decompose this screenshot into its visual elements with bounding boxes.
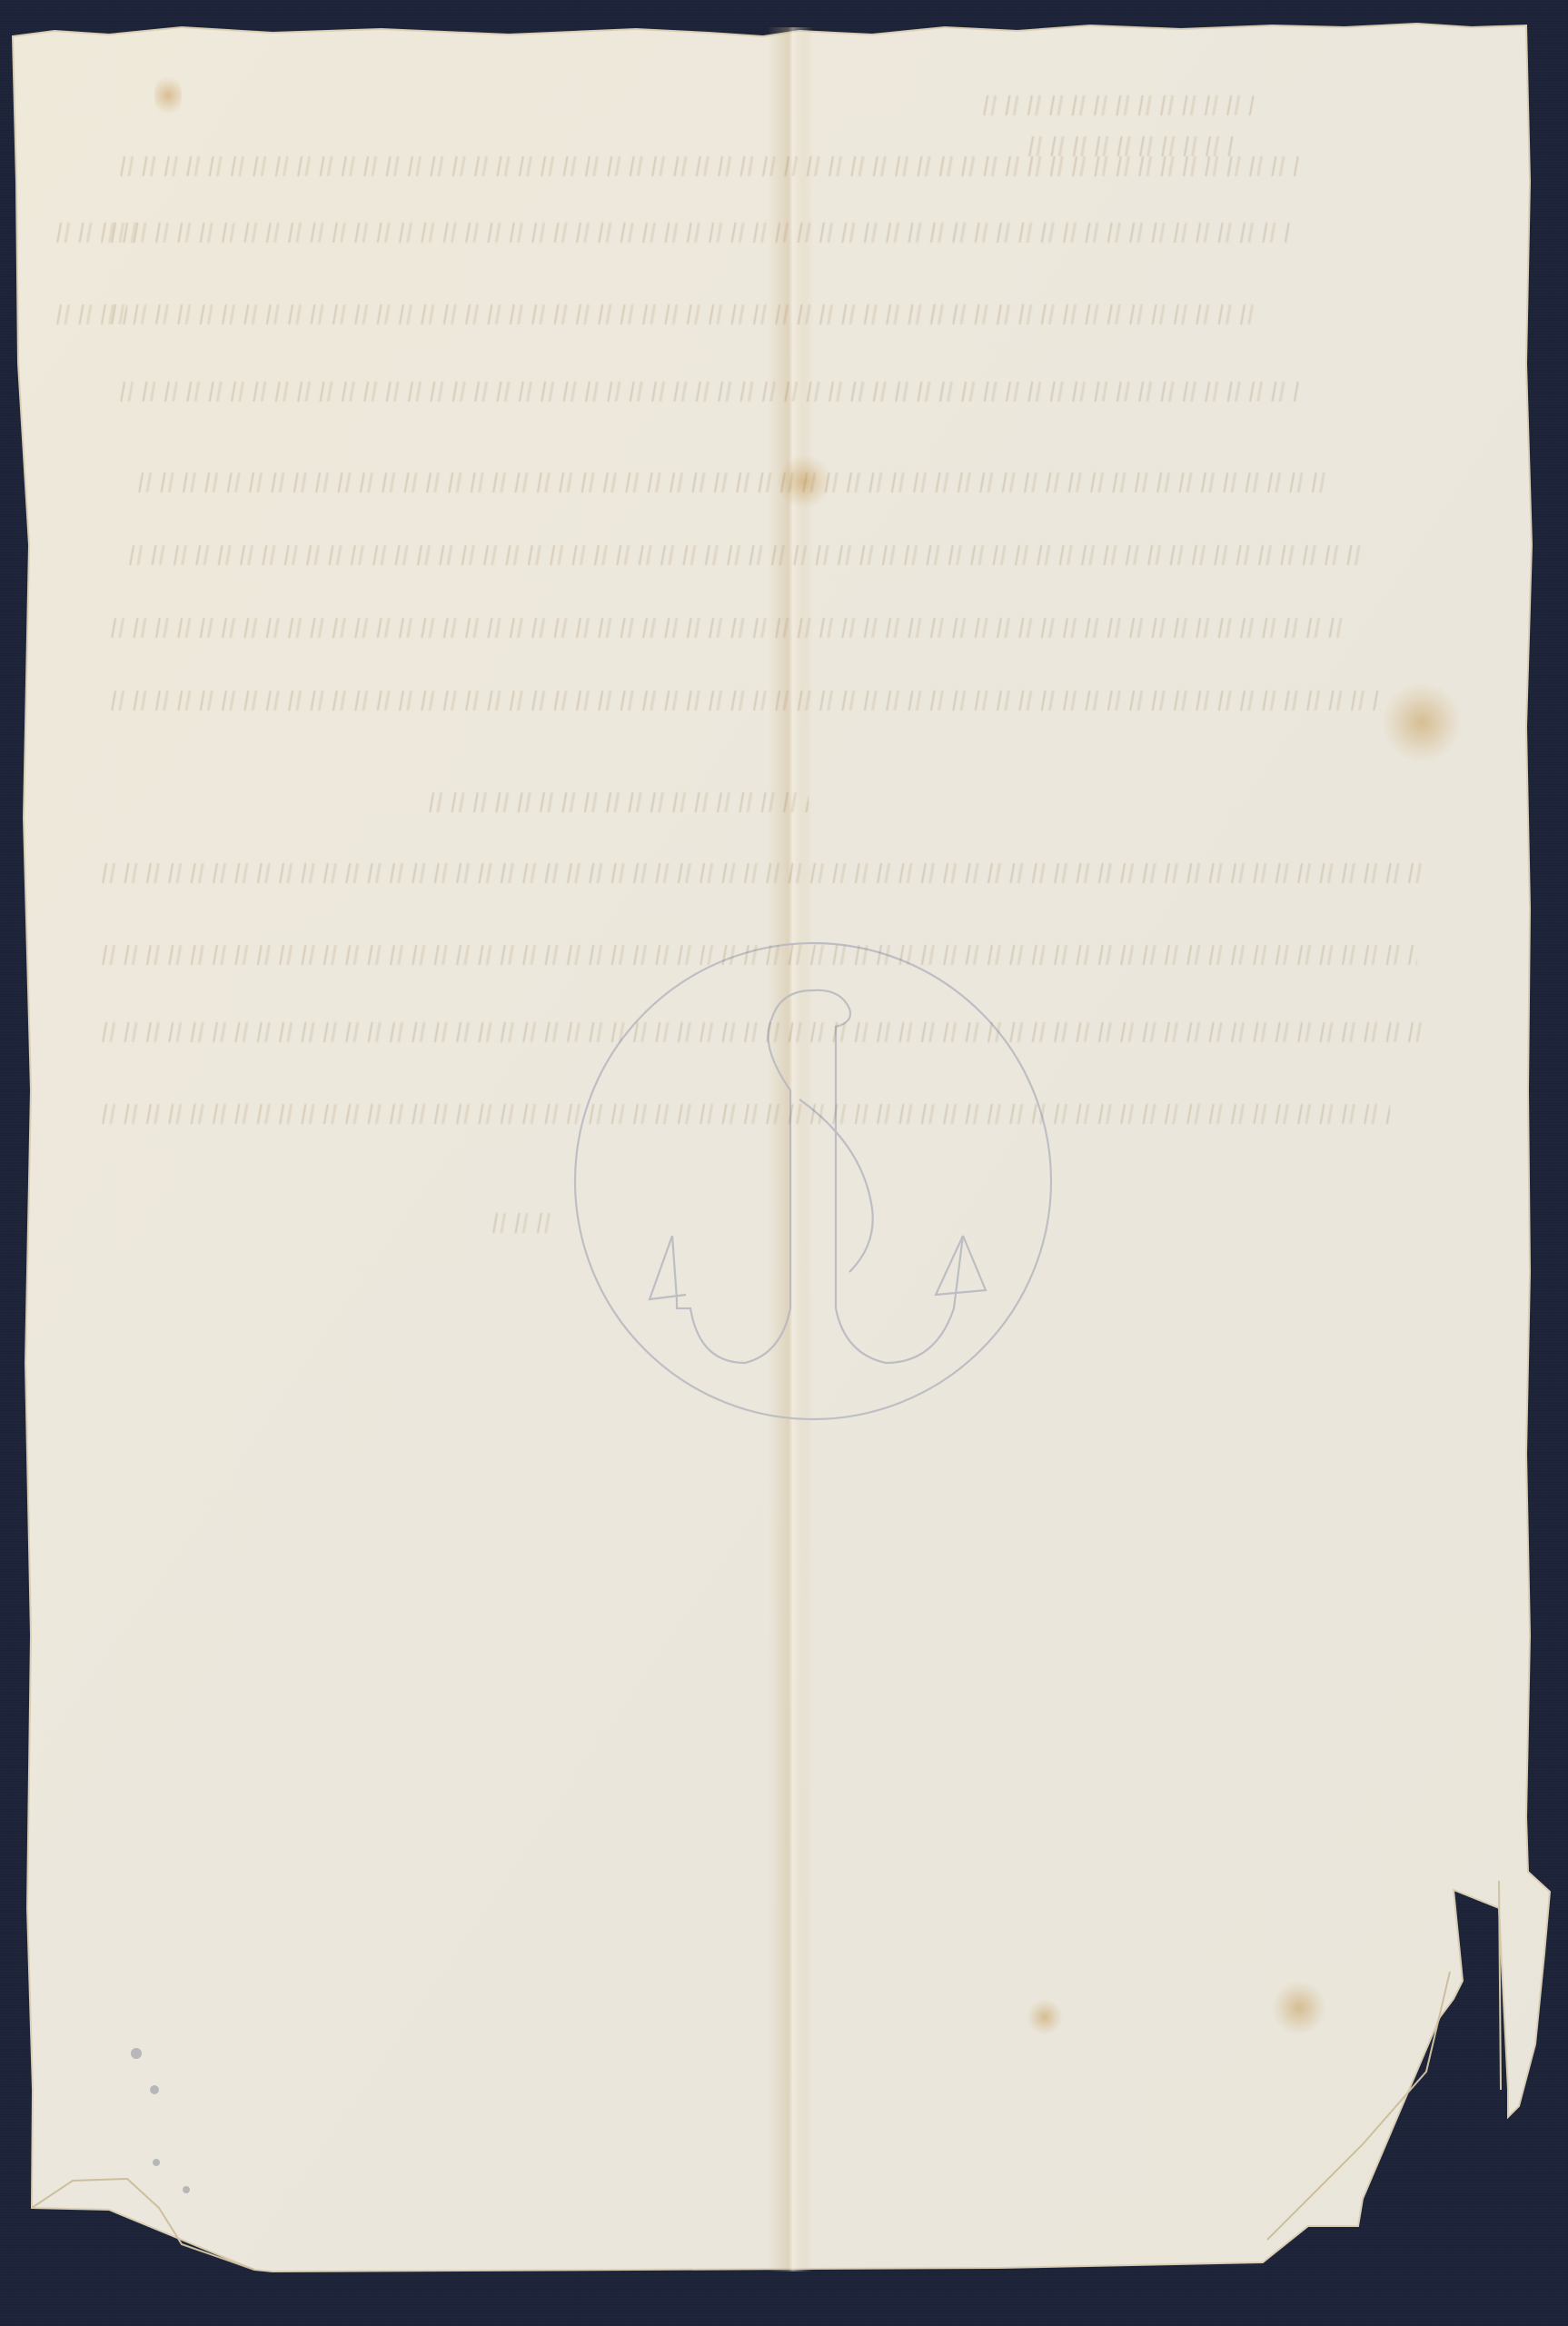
paper-shape — [0, 0, 1568, 2326]
bleedthrough-ink-line — [109, 223, 1290, 243]
ink-strokes — [118, 156, 1299, 176]
foxing-stain — [154, 73, 182, 118]
bleedthrough-ink-line — [127, 545, 1363, 565]
bleedthrough-ink-line — [118, 382, 1299, 402]
ink-strokes — [491, 1213, 554, 1233]
foxing-stain — [777, 454, 831, 509]
ink-strokes — [118, 382, 1299, 402]
ink-strokes — [136, 472, 1326, 492]
bleedthrough-ink-line — [1027, 136, 1236, 156]
foxing-stain — [1272, 1981, 1326, 2035]
ink-strokes — [427, 792, 809, 812]
bleedthrough-ink-line — [109, 304, 1254, 324]
bleedthrough-ink-line — [109, 618, 1345, 638]
bleedthrough-ink-line — [981, 95, 1254, 115]
foxing-stain — [1381, 681, 1463, 763]
ink-strokes — [109, 618, 1345, 638]
bleedthrough-ink-line — [100, 863, 1426, 883]
ink-strokes — [109, 304, 1254, 324]
ink-strokes — [55, 304, 127, 324]
ink-strokes — [109, 691, 1381, 711]
foxing-stain — [1027, 1999, 1063, 2035]
ink-strokes — [127, 545, 1363, 565]
ink-strokes — [981, 95, 1254, 115]
bleedthrough-ink-line — [100, 945, 1417, 965]
ink-strokes — [100, 1022, 1426, 1042]
ink-strokes — [100, 945, 1417, 965]
bleedthrough-ink-line — [136, 472, 1326, 492]
bleedthrough-ink-line — [109, 691, 1381, 711]
bleedthrough-ink-line — [118, 156, 1299, 176]
bleedthrough-ink-line — [491, 1213, 554, 1233]
manuscript-sheet — [0, 0, 1568, 2326]
bleedthrough-ink-line — [100, 1104, 1390, 1124]
ink-strokes — [100, 1104, 1390, 1124]
ink-strokes — [1027, 136, 1236, 156]
bleedthrough-ink-line — [55, 223, 145, 243]
bleedthrough-ink-line — [100, 1022, 1426, 1042]
ink-strokes — [100, 863, 1426, 883]
bleedthrough-ink-line — [427, 792, 809, 812]
ink-strokes — [55, 223, 145, 243]
bleedthrough-ink-line — [55, 304, 127, 324]
ink-strokes — [109, 223, 1290, 243]
